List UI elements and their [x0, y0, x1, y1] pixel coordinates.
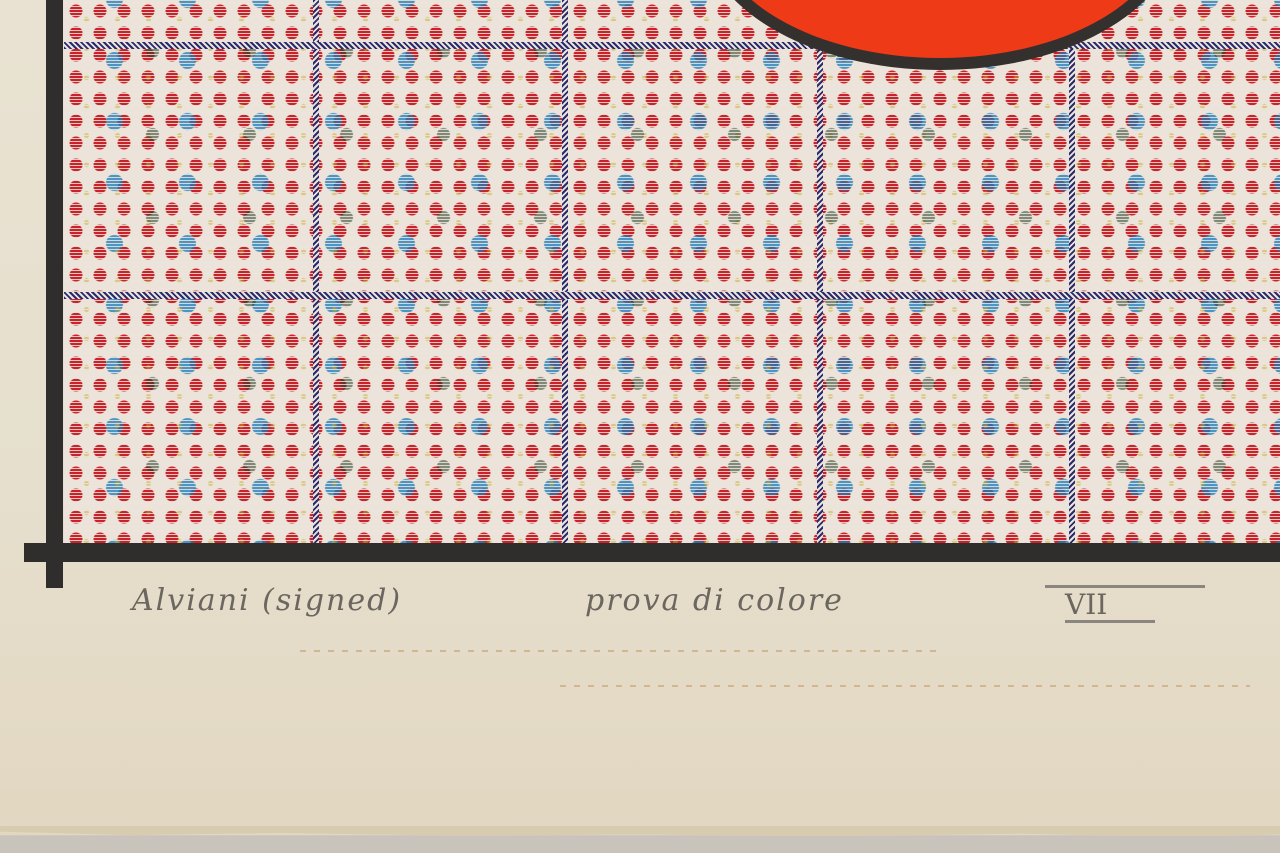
- paper-stain: [560, 685, 1250, 687]
- dotted-pattern-field: [64, 0, 1280, 544]
- proof-inscription: prova di colore: [585, 583, 844, 618]
- grid-line-vertical: [313, 0, 319, 544]
- grid-line-horizontal: [64, 292, 1280, 299]
- frame-line-bottom: [24, 543, 1280, 562]
- paper-stain: [300, 650, 940, 652]
- background-surface: [0, 836, 1280, 853]
- edition-number: VII: [1065, 588, 1107, 621]
- artist-signature: Alviani (signed): [132, 583, 402, 618]
- grid-line-vertical: [562, 0, 568, 544]
- grid-line-vertical: [1069, 0, 1075, 544]
- grid-line-horizontal: [64, 42, 1280, 49]
- frame-line-left: [46, 0, 63, 588]
- grid-line-vertical: [817, 0, 823, 544]
